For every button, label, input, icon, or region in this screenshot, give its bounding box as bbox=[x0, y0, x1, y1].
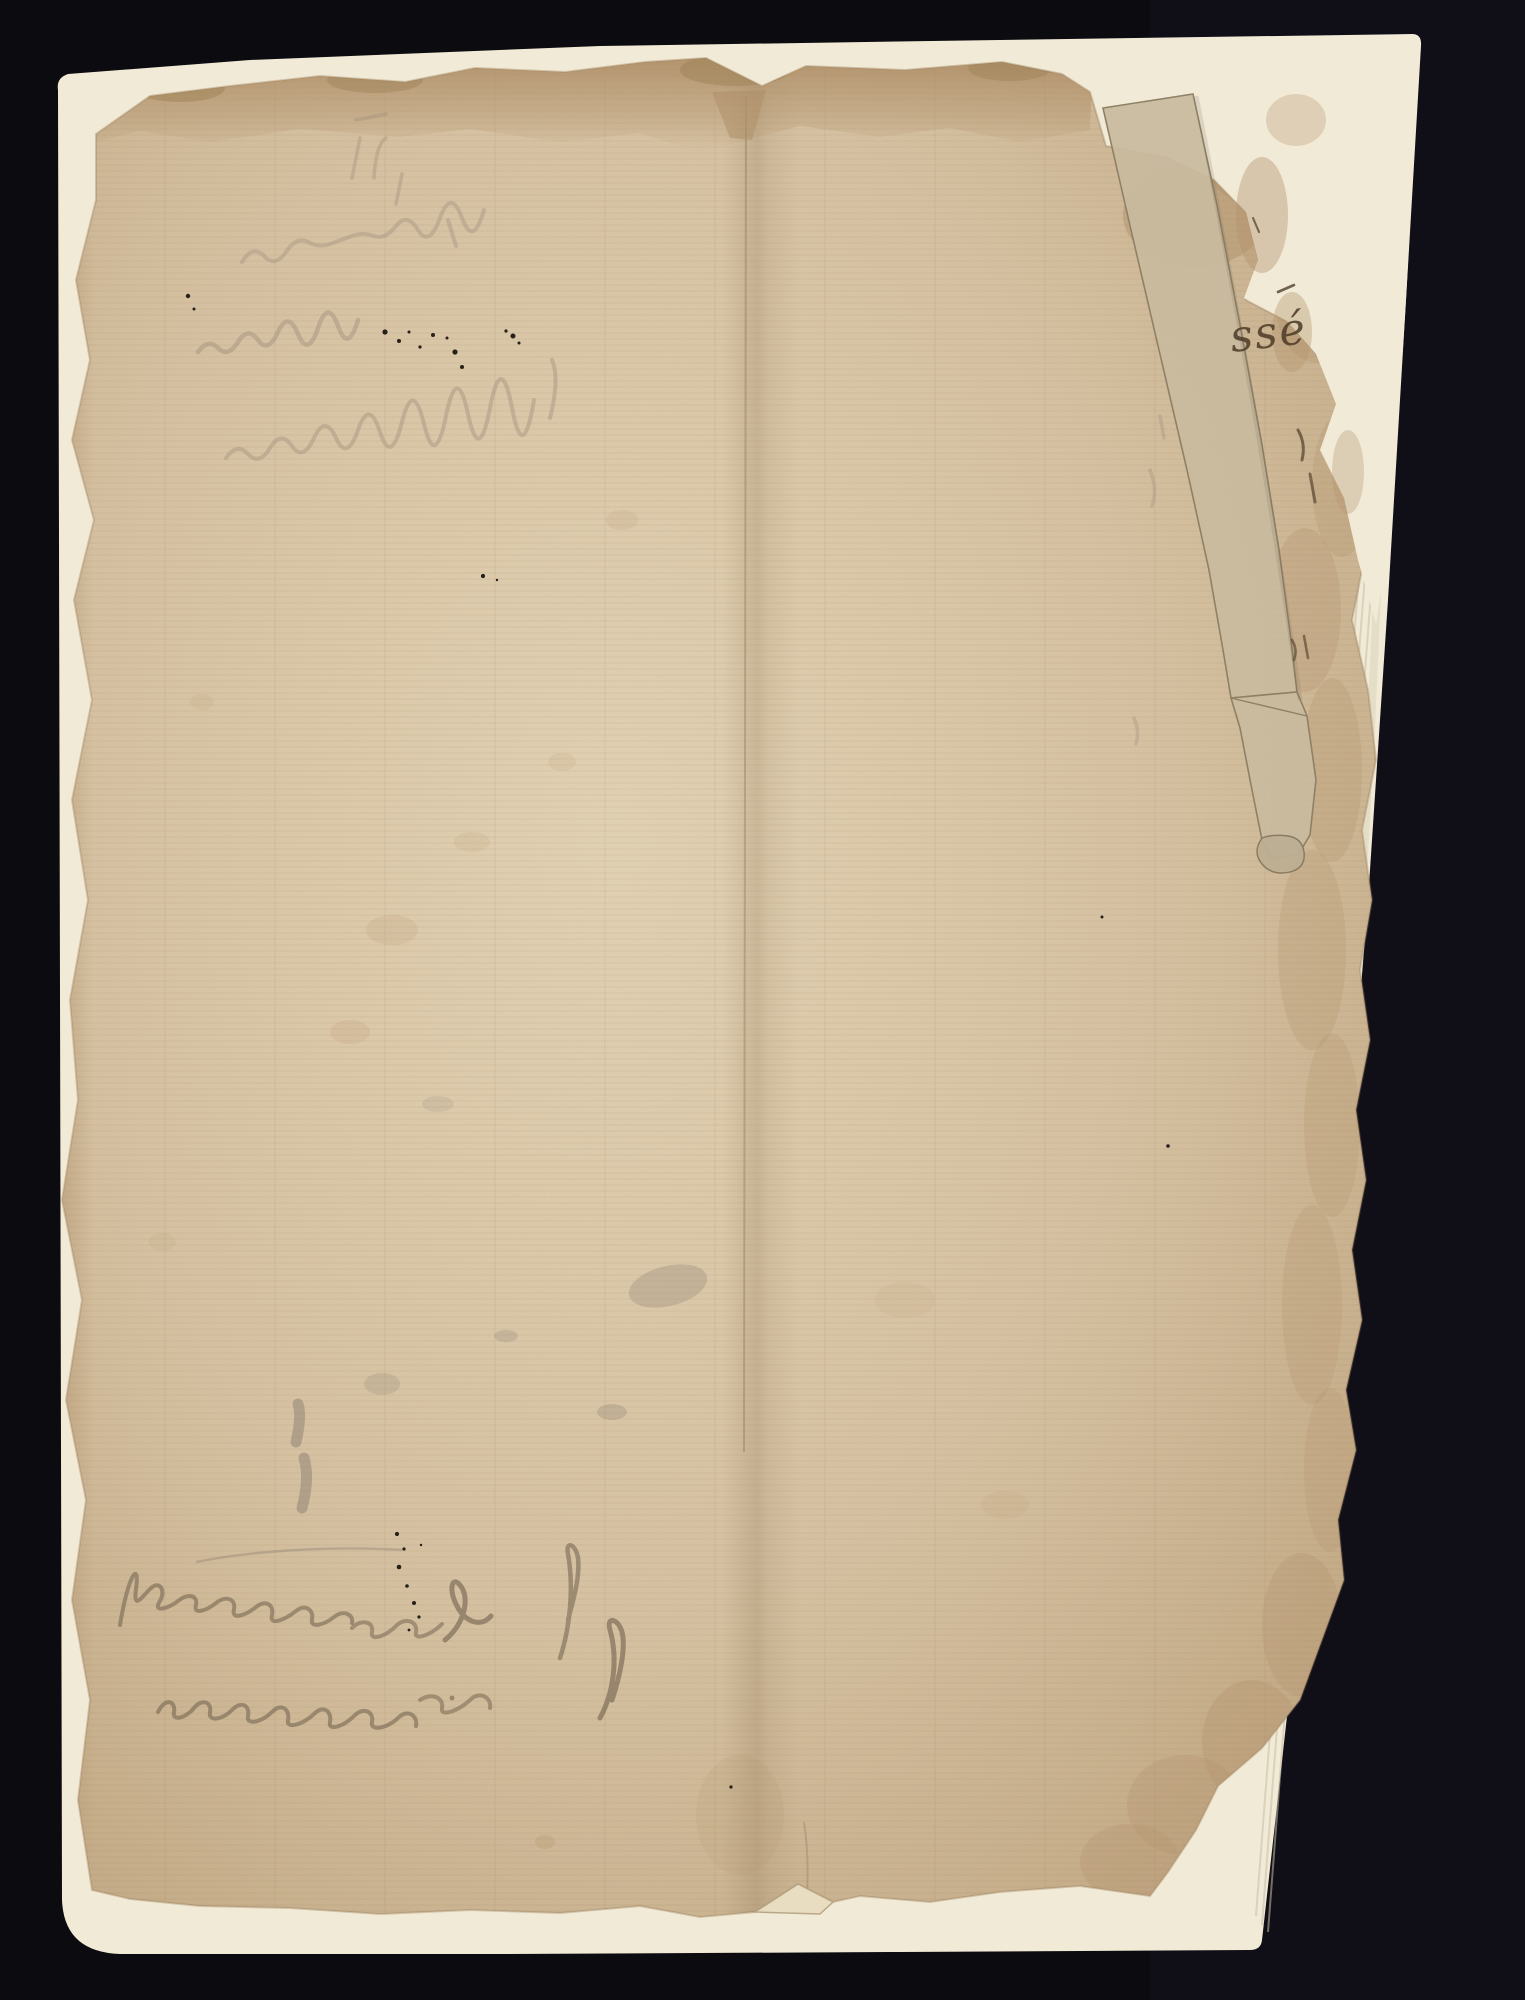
ink-speck bbox=[412, 1601, 416, 1605]
ink-speck bbox=[511, 334, 516, 339]
ink-speck bbox=[397, 339, 401, 343]
ink-speck bbox=[408, 331, 411, 334]
ink-speck bbox=[186, 294, 190, 298]
ink-speck bbox=[420, 1544, 422, 1546]
ink-speck bbox=[496, 579, 498, 581]
ink-speck bbox=[402, 1547, 405, 1550]
ink-speck bbox=[193, 308, 196, 311]
ink-speck bbox=[460, 365, 464, 369]
fold-shading bbox=[722, 50, 800, 1920]
ink-speck bbox=[504, 329, 507, 332]
script-fragment-sse: ssé bbox=[1227, 303, 1310, 363]
ink-speck bbox=[1101, 916, 1104, 919]
ink-speck bbox=[408, 1629, 411, 1632]
ink-speck bbox=[405, 1584, 409, 1588]
ink-speck bbox=[729, 1785, 732, 1788]
ink-speck bbox=[1166, 1144, 1170, 1148]
ink-speck bbox=[395, 1532, 399, 1536]
scan-viewport: ssé bbox=[0, 0, 1525, 2000]
ink-speck bbox=[431, 333, 435, 337]
ink-speck bbox=[417, 1615, 420, 1618]
ink-speck bbox=[446, 337, 449, 340]
ink-speck bbox=[382, 329, 387, 334]
ink-speck bbox=[518, 342, 521, 345]
ink-speck bbox=[452, 349, 457, 354]
manuscript-scan: ssé bbox=[0, 0, 1525, 2000]
ink-speck bbox=[397, 1565, 402, 1570]
ink-speck bbox=[418, 345, 421, 348]
ink-speck bbox=[481, 574, 485, 578]
